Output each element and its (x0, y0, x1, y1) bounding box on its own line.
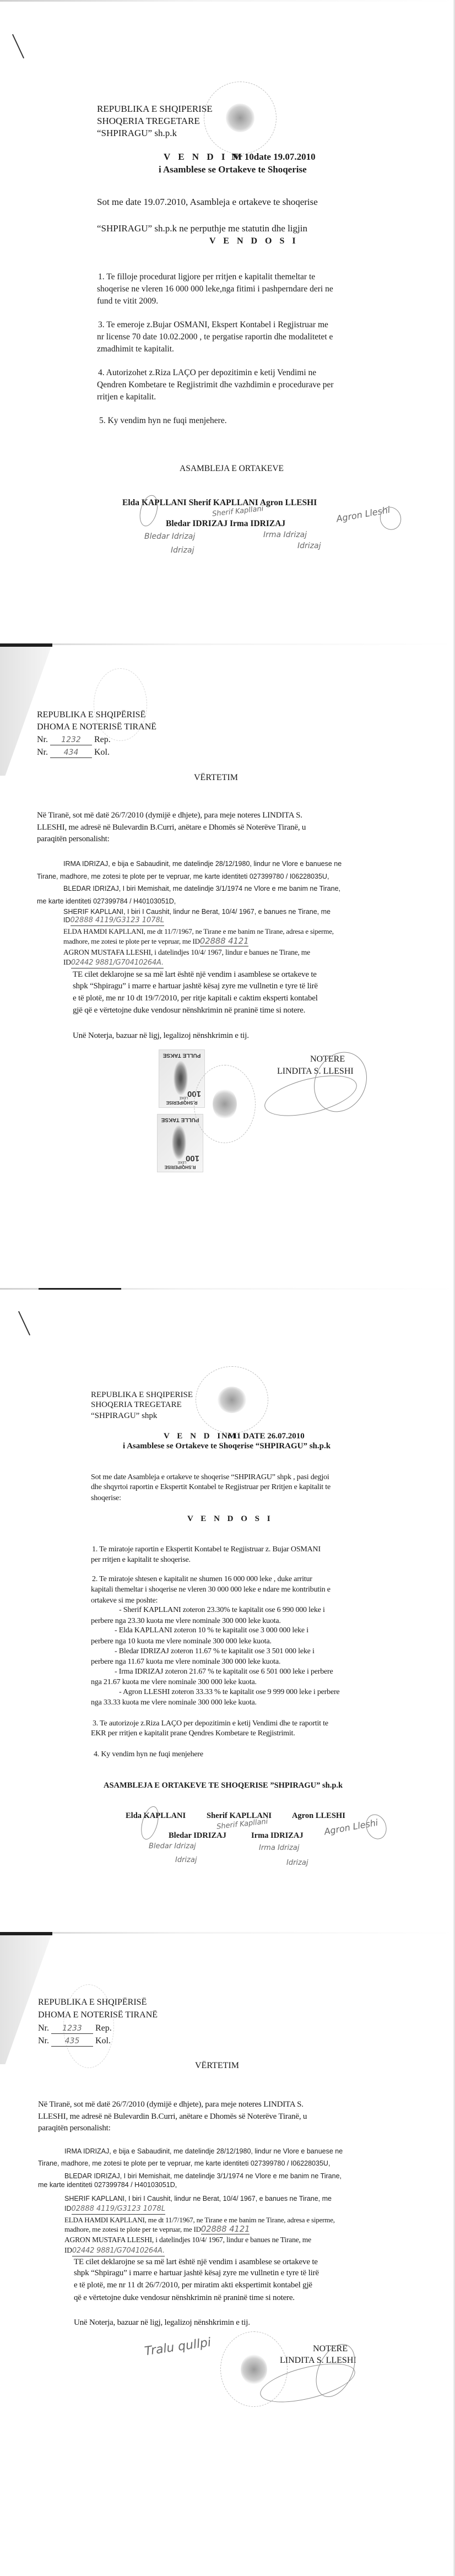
declaration-line: gjë që e vërtetojne duke vendosur nënshk… (73, 1005, 305, 1015)
handwritten-id: 02888 4121 (201, 2224, 250, 2234)
item-line: zmadhimit te kapitalit. (97, 344, 174, 354)
header-line: SHOQERIA TREGETARE (91, 1400, 182, 1410)
share-line: perbere nga 10 kuota me vlere nominale 3… (91, 1637, 272, 1647)
handwritten-id: 02442 9881/G70410264A. (72, 2246, 165, 2256)
intro-line: Në Tiranë, sot më datë 26/7/2010 (dymijë… (37, 810, 302, 820)
header-line: REPUBLIKA E SHQIPËRISË (38, 1998, 147, 2007)
declaration-line: që e vërtetojne duke vendosur nënshkrimi… (74, 2293, 295, 2303)
item-line: per rritjen e kapitalit te shoqerise. (91, 1555, 191, 1565)
item-line: 1. Te filloje procedurat ligjore per rri… (98, 272, 315, 282)
rep-number-value: 1232 (50, 735, 92, 745)
header-line: “SHPIRAGU” shpk (91, 1411, 157, 1421)
kol-label: Kol. (94, 748, 110, 757)
intro-line: LLESHI, me adresë në Bulevardin B.Curri,… (38, 2112, 307, 2122)
signature: Idrizaj (297, 541, 321, 551)
intro-line: paraqitën personalisht: (37, 834, 110, 844)
intro-line: Në Tiranë, sot më datë 26/7/2010 (dymijë… (38, 2099, 304, 2109)
signature: Bledar Idrizaj (144, 532, 195, 542)
person-line: BLEDAR IDRIZAJ, I biri Memishait, me dat… (63, 884, 340, 894)
stamp-figure-icon (174, 1061, 188, 1095)
intro-line: shoqerise: (91, 1493, 121, 1503)
page-edge (453, 1288, 455, 1932)
header-line: DHOMA E NOTERISË TIRANË (37, 722, 156, 732)
nr-label: Nr. (37, 735, 48, 744)
item-line: 2. Te miratoje shtesen e kapitalit ne sh… (92, 1574, 312, 1584)
declaration-line: TE cilet deklarojne se sa më lart është … (74, 2257, 318, 2267)
person-id-row: ID02888 4119/G3123 1078L (63, 915, 164, 926)
assembly-label: ASAMBLEJA E ORTAKEVE (180, 464, 284, 474)
doc-number: Nr 10date 19.07.2010 (231, 152, 316, 162)
header-line: REPUBLIKA E SHQIPERISE (97, 104, 213, 114)
person-line: ELDA HAMDI KAPLLANI, me dt 11/7/1967, ne… (63, 927, 334, 937)
signature: Idrizaj (286, 1858, 308, 1868)
person-id-row: madhore, me zotesi te plote per te vepru… (64, 2224, 250, 2234)
item-line: 4. Ky vendim hyn ne fuqi menjehere (94, 1750, 203, 1760)
rep-label: Rep. (94, 735, 111, 744)
signature-scribble (362, 1811, 390, 1842)
declaration-line: TE cilet deklarojne se sa më lart është … (73, 970, 317, 979)
person-line: Tirane, madhore, me zotesi te plote per … (38, 2158, 330, 2168)
declaration-line: e të plotë, me nr 10 dt 19/7/2010, per r… (73, 993, 318, 1003)
handwritten-id: 02888 4119/G3123 1078L (72, 2204, 166, 2215)
intro-line: dhe shqyrtoi raportin e Ekspertit Kontab… (91, 1482, 331, 1492)
page-fold (0, 1932, 455, 1934)
person-line: me karte identiteti 027399784 / H4010305… (38, 2180, 177, 2190)
signature: Idrizaj (175, 1855, 197, 1865)
decided-heading: V E N D O S I (187, 1514, 273, 1524)
page-vertetim-1232: REPUBLIKA E SHQIPËRISË DHOMA E NOTERISË … (0, 643, 455, 1288)
declaration-line: shpk “Shpiragu” i marre e hartuar jashtë… (73, 981, 318, 991)
handwritten-id: 02442 9881/G70410264A. (71, 958, 164, 968)
signature-scribble (138, 1804, 161, 1841)
share-line: - Agron LLESHI zoteron 33.33 % te kapita… (119, 1687, 339, 1697)
doc-number: Nr 11 DATE 26.07.2010 (221, 1431, 305, 1441)
scan-mark (12, 34, 24, 58)
page-corner-dark (0, 643, 52, 647)
page-fold (0, 643, 455, 645)
handwritten-id: 02888 4119/G3123 1078L (71, 916, 165, 926)
declaration-line: e të plotë, me nr 11 dt 26/7/2010, per m… (74, 2280, 312, 2290)
kol-label: Kol. (95, 2036, 111, 2045)
declaration-line: shpk “Shpiragu” i marre e hartuar jashtë… (74, 2268, 319, 2278)
nr-label: Nr. (38, 2036, 49, 2045)
person-id-row: madhore, me zotesi te plote per te vepru… (63, 936, 248, 946)
share-line: perbere nga 11.67 kuota me vlere nominal… (91, 1657, 280, 1667)
header-line: REPUBLIKA E SHQIPËRISË (37, 710, 145, 720)
intro-line: Sot me date Asambleja e ortakeve te shoq… (91, 1473, 329, 1482)
assembly-label: ASAMBLEJA E ORTAKEVE TE SHOQERISE ”SHPIR… (104, 1781, 343, 1790)
person-line: SHERIF KAPLLANI, I biri I Caushit, lindu… (64, 2194, 332, 2204)
page-edge (453, 1932, 455, 2576)
item-line: 3. Te autorizoje z.Riza LAÇO per depozit… (93, 1719, 328, 1729)
tax-stamp: R.SHQIPERISE 100 LEKE PULLE TAKSE (157, 1114, 203, 1172)
signature: Irma Idrizaj (259, 1843, 299, 1853)
rep-label: Rep. (95, 2023, 112, 2033)
signature: Bledar Idrizaj (149, 1842, 196, 1852)
signature: Idrizaj (171, 545, 194, 555)
page-edge (453, 0, 455, 643)
signatories-row: Bledar IDRIZAJ Irma IDRIZAJ (166, 519, 285, 529)
item-line: EKR per rritjen e kapitalit prane Qendre… (91, 1729, 295, 1739)
item-line: ortakeve si me poshte: (91, 1596, 158, 1606)
scan-mark (18, 1311, 30, 1335)
header-line: DHOMA E NOTERISË TIRANË (38, 2010, 158, 2020)
item-line: Qendren Kombetare te Regjistrimit dhe va… (97, 380, 334, 390)
legalization-statement: Unë Noterja, bazuar në ligj, legalizoj n… (74, 2318, 250, 2328)
page-corner-dark (39, 1288, 121, 1290)
person-line: IRMA IDRIZAJ, e bija e Sabaudinit, me da… (64, 2146, 343, 2156)
header-line: “SHPIRAGU” sh.p.k (97, 128, 177, 138)
share-line: nga 33.33 kuota me vlere nominale 300 00… (91, 1698, 257, 1708)
doc-subtitle: i Asamblese se Ortakeve te Shoqerise “SH… (123, 1441, 331, 1451)
item-line: fund te vitit 2009. (97, 296, 158, 306)
person-line: AGRON MUSTAFA LLESHI, i datelindjes 10/4… (64, 2235, 311, 2245)
person-line: AGRON MUSTAFA LLESHI, i datelindjes 10/4… (63, 948, 310, 957)
signature: Irma Idrizaj (263, 530, 307, 540)
share-line: perbere nga 23.30 kuota me vlere nominal… (91, 1616, 281, 1626)
person-line: me karte identiteti 027399784 / H4010305… (37, 896, 176, 906)
person-line: IRMA IDRIZAJ, e bija e Sabaudinit, me da… (63, 859, 342, 869)
doc-subtitle: i Asamblese se Ortakeve te Shoqerise (159, 165, 307, 175)
share-line: - Sherif KAPLLANI zoteron 23.30% te kapi… (119, 1605, 325, 1615)
share-line: nga 21.67 kuota me vlere nominale 300 00… (91, 1677, 257, 1687)
decided-heading: V E N D O S I (209, 236, 299, 246)
kol-number-value: 435 (51, 2036, 93, 2047)
intro-line: “SHPIRAGU” sh.p.k ne perputhje me statut… (97, 224, 307, 234)
page-fold (0, 0, 455, 2)
rep-number-row: Nr. 1232 Rep. (37, 735, 111, 745)
item-line: 1. Te miratoje raportin e Ekspertit Kont… (92, 1545, 321, 1555)
share-line: - Bledar IDRIZAJ zoteron 11.67 % te kapi… (115, 1647, 315, 1657)
nr-label: Nr. (38, 2023, 49, 2033)
legalization-statement: Unë Noterja, bazuar në ligj, legalizoj n… (73, 1031, 249, 1041)
item-line: 4. Autorizohet z.Riza LAÇO per depozitim… (98, 368, 316, 378)
page-edge (453, 643, 455, 1288)
item-line: shoqerise ne vleren 16 000 000 leke,nga … (97, 284, 333, 294)
rep-number-value: 1233 (51, 2023, 93, 2034)
signatory: Agron LLESHI (292, 1811, 345, 1821)
intro-line: paraqitën personalisht: (38, 2123, 111, 2133)
item-line: 3. Te emeroje z.Bujar OSMANI, Ekspert Ko… (98, 320, 328, 330)
page-corner-dark (0, 1932, 52, 1935)
rep-number-row: Nr. 1233 Rep. (38, 2023, 112, 2034)
header-line: REPUBLIKA E SHQIPERISE (91, 1390, 193, 1400)
signature: Tralu qullpi (144, 2338, 212, 2357)
person-id-row: ID02442 9881/G70410264A. (64, 2245, 165, 2256)
notary-seal-icon (204, 82, 277, 154)
page-vendim-10: REPUBLIKA E SHQIPERISE SHOQERIA TREGETAR… (0, 0, 455, 643)
person-id-row: ID02442 9881/G70410264A. (63, 957, 164, 968)
kol-number-value: 434 (50, 748, 92, 758)
item-line: kapitali themeltar i shoqerise ne vleren… (91, 1585, 331, 1595)
notary-seal-icon (194, 1065, 256, 1143)
kol-number-row: Nr. 434 Kol. (37, 748, 110, 758)
person-id-row: ID02888 4119/G3123 1078L (64, 2204, 165, 2215)
signatory: Irma IDRIZAJ (251, 1831, 304, 1841)
stamp-figure-icon (172, 1125, 186, 1160)
item-line: 5. Ky vendim hyn ne fuqi menjehere. (99, 416, 227, 426)
doc-title: VËRTETIM (194, 773, 238, 783)
notary-seal-icon (196, 1366, 268, 1433)
doc-title: VËRTETIM (195, 2061, 239, 2071)
handwritten-id: 02888 4121 (200, 936, 249, 946)
item-line: nr license 70 date 10.02.2000 , te perga… (97, 332, 333, 342)
intro-line: Sot me date 19.07.2010, Asambleja e orta… (97, 197, 318, 207)
header-line: SHOQERIA TREGETARE (97, 116, 200, 126)
item-line: rritjen e kapitalit. (97, 392, 156, 402)
intro-line: LLESHI, me adresë në Bulevardin B.Curri,… (37, 822, 306, 832)
person-line: Tirane, madhore, me zotesi te plote per … (37, 872, 329, 881)
share-line: - Irma IDRIZAJ zoteron 21.67 % te kapita… (115, 1667, 333, 1677)
share-line: - Elda KAPLLANI zoteron 10 % te kapitali… (115, 1626, 308, 1636)
kol-number-row: Nr. 435 Kol. (38, 2036, 111, 2047)
nr-label: Nr. (37, 748, 48, 757)
page-vendim-11: REPUBLIKA E SHQIPERISE SHOQERIA TREGETAR… (0, 1288, 455, 1932)
page-vertetim-1233: REPUBLIKA E SHQIPËRISË DHOMA E NOTERISË … (0, 1932, 455, 2576)
